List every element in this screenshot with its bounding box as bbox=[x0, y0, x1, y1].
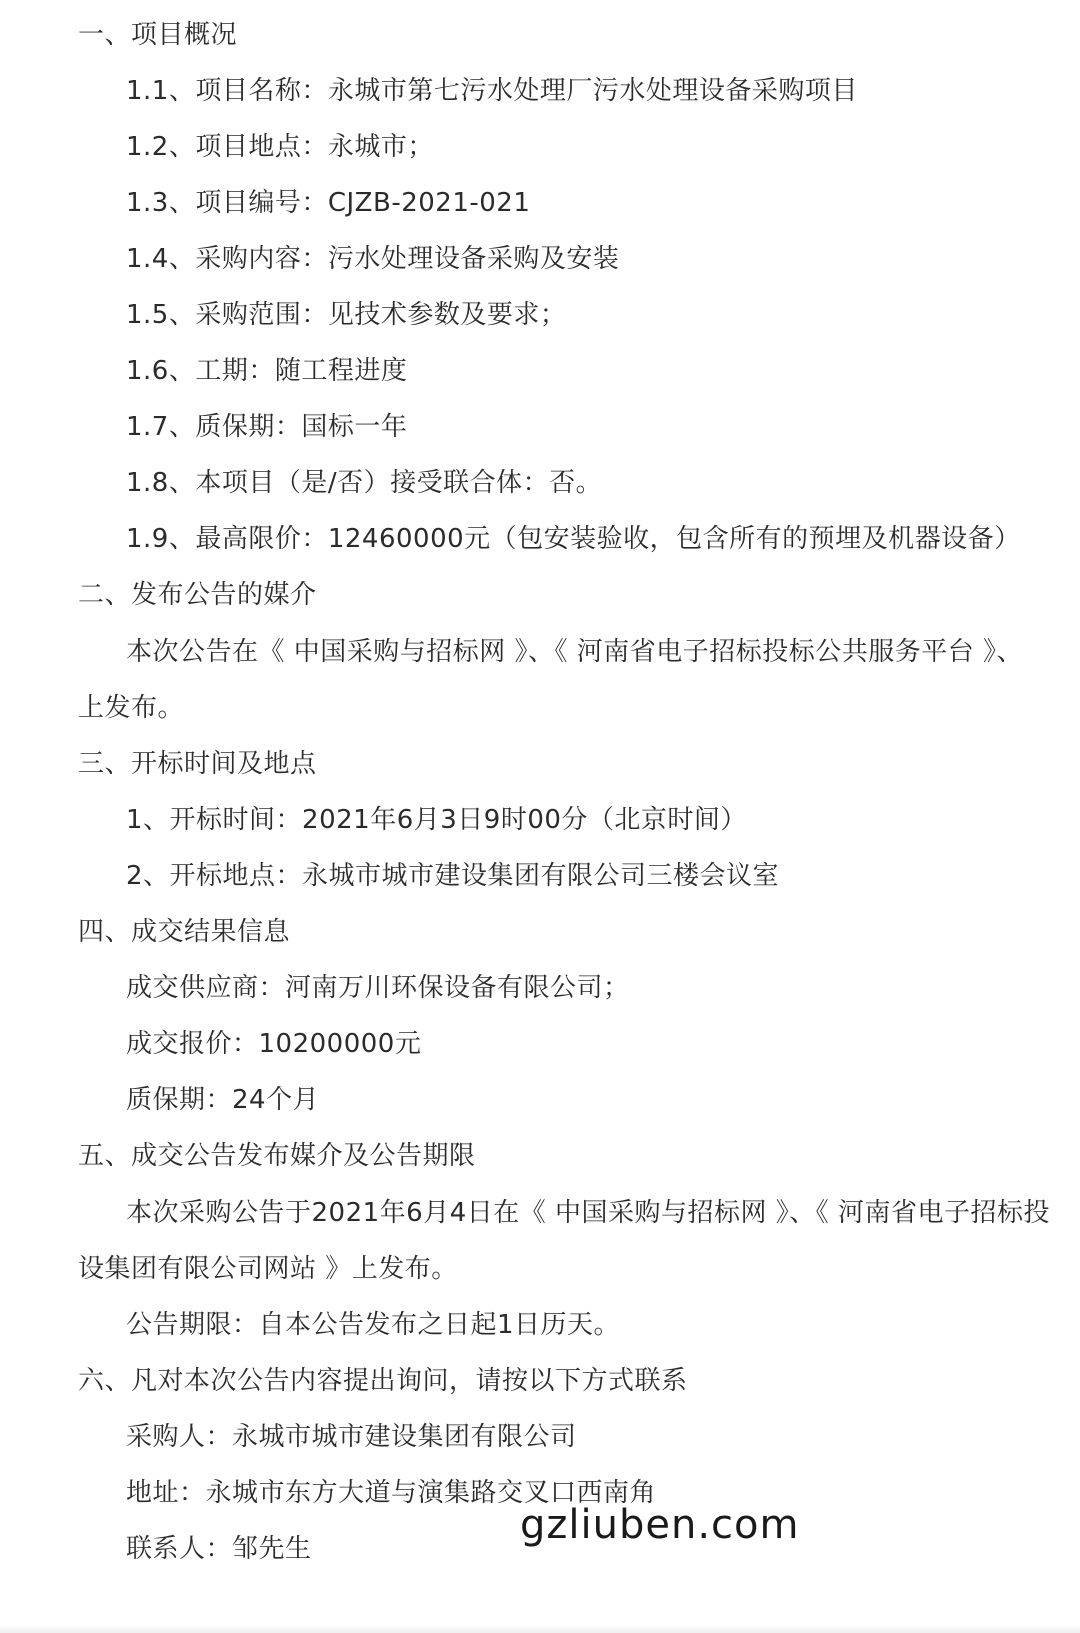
bid-opening-location-line: 2、开标地点：永城市城市建设集团有限公司三楼会议室 bbox=[126, 859, 779, 893]
publication-paragraph-line-1: 本次采购公告于2021年6月4日在《 中国采购与招标网 》、《 河南省电子招标投 bbox=[126, 1196, 1050, 1230]
consortium-line: 1.8、本项目（是/否）接受联合体：否。 bbox=[126, 466, 602, 500]
bid-opening-time-line: 1、开标时间：2021年6月3日9时00分（北京时间） bbox=[126, 803, 747, 837]
bottom-edge bbox=[0, 1625, 1080, 1633]
purchaser-line: 采购人：永城市城市建设集团有限公司 bbox=[126, 1420, 577, 1454]
publication-paragraph-line-2: 设集团有限公司网站 》上发布。 bbox=[78, 1252, 458, 1286]
section-heading-project-overview: 一、项目概况 bbox=[78, 18, 237, 52]
publication-period-line: 公告期限：自本公告发布之日起1日历天。 bbox=[126, 1308, 620, 1342]
media-paragraph-line-2: 上发布。 bbox=[78, 691, 184, 725]
section-heading-publication: 五、成交公告发布媒介及公告期限 bbox=[78, 1139, 476, 1173]
project-location-line: 1.2、项目地点：永城市； bbox=[126, 130, 434, 164]
media-paragraph-line-1: 本次公告在《 中国采购与招标网 》、《 河南省电子招标投标公共服务平台 》、 bbox=[126, 635, 1023, 669]
section-heading-bid-opening: 三、开标时间及地点 bbox=[78, 747, 317, 781]
contact-person-line: 联系人：邹先生 bbox=[126, 1532, 312, 1566]
max-price-line: 1.9、最高限价：12460000元（包安装验收，包含所有的预埋及机器设备） bbox=[126, 522, 1021, 556]
procurement-content-line: 1.4、采购内容：污水处理设备采购及安装 bbox=[126, 242, 619, 276]
construction-period-line: 1.6、工期：随工程进度 bbox=[126, 354, 407, 388]
project-number-line: 1.3、项目编号：CJZB-2021-021 bbox=[126, 186, 530, 220]
announcement-document: 一、项目概况 1.1、项目名称：永城市第七污水处理厂污水处理设备采购项目 1.2… bbox=[0, 0, 1080, 1633]
section-heading-contact: 六、凡对本次公告内容提出询问，请按以下方式联系 bbox=[78, 1364, 688, 1398]
result-warranty-line: 质保期：24个月 bbox=[126, 1083, 319, 1117]
section-heading-media: 二、发布公告的媒介 bbox=[78, 578, 317, 612]
warranty-period-line: 1.7、质保期：国标一年 bbox=[126, 410, 407, 444]
section-heading-result: 四、成交结果信息 bbox=[78, 915, 290, 949]
winning-supplier-line: 成交供应商：河南万川环保设备有限公司； bbox=[126, 971, 630, 1005]
winning-price-line: 成交报价：10200000元 bbox=[126, 1027, 421, 1061]
site-watermark: gzliuben.com bbox=[520, 1500, 799, 1550]
project-name-line: 1.1、项目名称：永城市第七污水处理厂污水处理设备采购项目 bbox=[126, 74, 858, 108]
procurement-scope-line: 1.5、采购范围：见技术参数及要求； bbox=[126, 298, 566, 332]
